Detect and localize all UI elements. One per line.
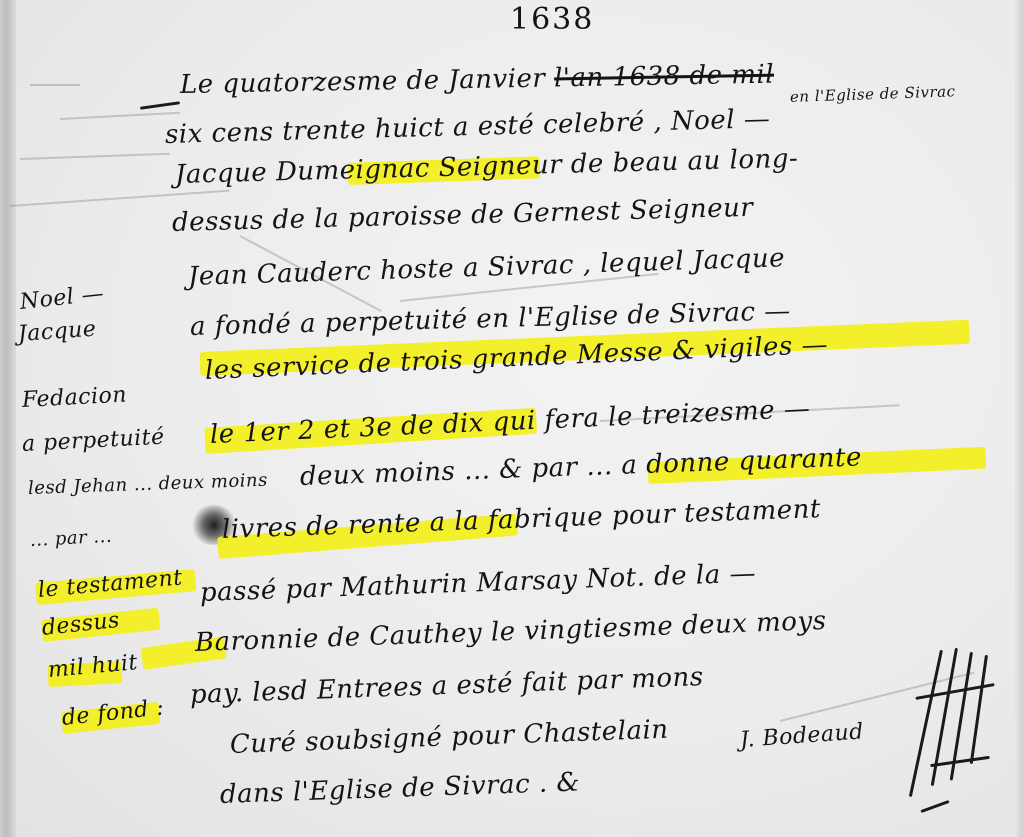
- body-line-9-prefix: deux moins ... & par ...: [299, 451, 613, 492]
- margin-note-perpetuite: a perpetuité: [21, 425, 165, 457]
- margin-note-noel: Noel —: [19, 281, 106, 315]
- page-right-edge: [1015, 0, 1023, 837]
- line-start-flourish: [140, 101, 180, 110]
- body-line-8-suffix: qui fera le treizesme —: [492, 394, 811, 438]
- bleed-through-stroke: [60, 112, 180, 120]
- body-line-7-suffix: —: [801, 330, 829, 361]
- body-line-1: Le quatorzesme de Janvier l'an 1638 de m…: [180, 60, 775, 100]
- bleed-through-stroke: [30, 84, 80, 86]
- body-line-3-suffix: Seigneur de beau au long-: [438, 144, 798, 183]
- year-header: 1638: [510, 2, 594, 37]
- body-line-10: livres de rente a la fabrique pour testa…: [221, 494, 821, 545]
- body-line-15: dans l'Eglise de Sivrac . &: [219, 767, 580, 810]
- margin-note-mil-huit: mil huit: [47, 650, 139, 683]
- body-line-9: deux moins ... & par ... a donne quarant…: [299, 442, 862, 492]
- body-line-12: Baronnie de Cauthey le vingtiesme deux m…: [194, 606, 826, 658]
- interlinear-note: en l'Eglise de Sivrac: [790, 82, 956, 106]
- highlighted-dates: le 1er 2 et 3e de dix: [209, 408, 484, 450]
- margin-note-par: ... par ...: [29, 526, 112, 551]
- body-line-13: pay. lesd Entrees a esté fait par mons: [189, 662, 704, 710]
- margin-note-dessus: dessus: [41, 608, 121, 641]
- margin-note-fedacion: Fedacion: [21, 383, 127, 413]
- body-line-3: Jacque Dumeignac Seigneur de beau au lon…: [175, 144, 799, 190]
- body-line-10-suffix: a la fabrique pour testament: [429, 494, 821, 538]
- margin-note-jacque: Jacque: [17, 317, 97, 347]
- body-line-5: Jean Cauderc hoste a Sivrac , lequel Jac…: [188, 243, 786, 292]
- body-line-3-prefix: Jacque: [175, 158, 268, 190]
- signature-bodeaud: J. Bodeaud: [739, 719, 864, 753]
- manuscript-page: 1638 Noel — Jacque Fedacion a perpetuité…: [0, 0, 1023, 837]
- body-line-11: passé par Mathurin Marsay Not. de la —: [199, 559, 756, 608]
- margin-note-jehan: lesd Jehan ... deux moins: [28, 470, 269, 499]
- body-line-1-text: Le quatorzesme de Janvier: [180, 64, 546, 100]
- bleed-through-stroke: [10, 190, 230, 207]
- highlighted-surname: Dumeignac: [276, 153, 431, 187]
- body-line-2: six cens trente huict a esté celebré , N…: [165, 104, 771, 150]
- binding-gutter: [0, 0, 16, 837]
- body-line-8: le 1er 2 et 3e de dix qui fera le treize…: [209, 394, 811, 450]
- struck-text: l'an 1638 de mil: [554, 60, 774, 94]
- margin-note-de-fond: de fond :: [61, 695, 166, 731]
- body-line-14: Curé soubsigné pour Chastelain: [229, 715, 669, 760]
- bleed-through-stroke: [20, 153, 170, 160]
- body-line-4: dessus de la paroisse de Gernest Seigneu…: [172, 193, 754, 238]
